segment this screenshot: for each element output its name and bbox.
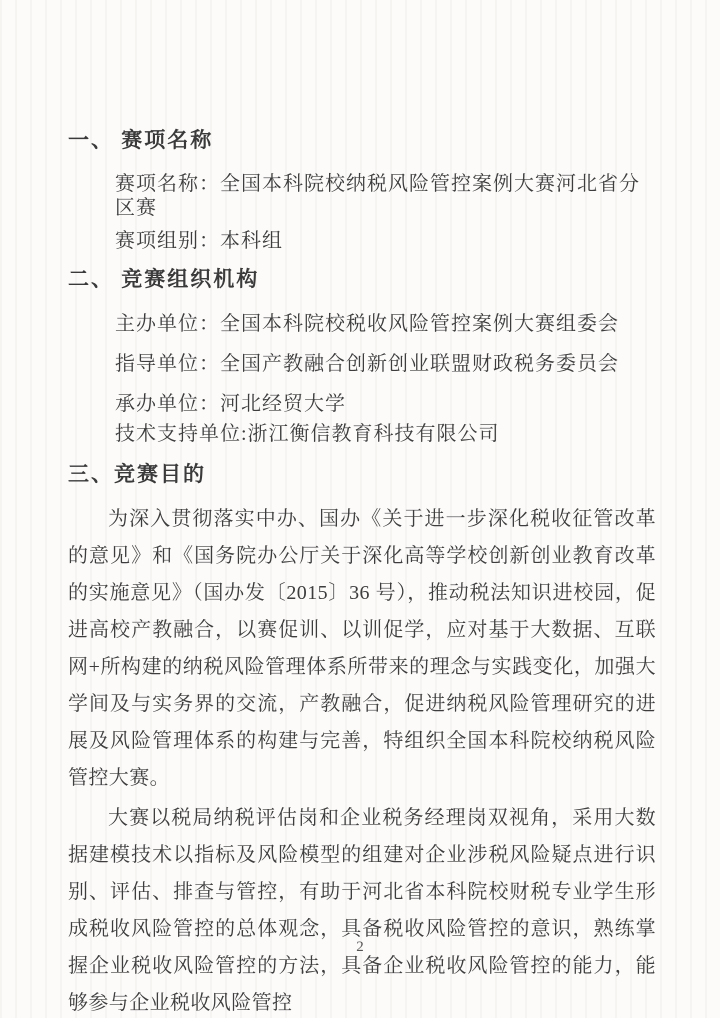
- tech-support-unit-line: 技术支持单位:浙江衡信教育科技有限公司: [68, 422, 656, 446]
- section-2-heading: 二、 竞赛组织机构: [68, 267, 656, 291]
- organizer-line: 主办单位：全国本科院校税收风险管控案例大赛组委会: [68, 312, 656, 336]
- competition-name-line: 赛项名称：全国本科院校纳税风险管控案例大赛河北省分区赛: [68, 172, 656, 220]
- section-1-heading: 一、 赛项名称: [68, 128, 656, 152]
- section-3-heading: 三、竞赛目的: [68, 462, 656, 486]
- document-page: 一、 赛项名称 赛项名称：全国本科院校纳税风险管控案例大赛河北省分区赛 赛项组别…: [68, 0, 656, 1018]
- purpose-paragraph-2: 大赛以税局纳税评估岗和企业税务经理岗双视角，采用大数据建模技术以指标及风险模型的…: [68, 800, 656, 1018]
- host-unit-line: 承办单位：河北经贸大学: [68, 392, 656, 416]
- guidance-unit-line: 指导单位：全国产教融合创新创业联盟财政税务委员会: [68, 352, 656, 376]
- purpose-paragraph-1: 为深入贯彻落实中办、国办《关于进一步深化税收征管改革的意见》和《国务院办公厅关于…: [68, 501, 656, 797]
- competition-group-line: 赛项组别：本科组: [68, 229, 656, 253]
- page-number: 2: [0, 938, 720, 956]
